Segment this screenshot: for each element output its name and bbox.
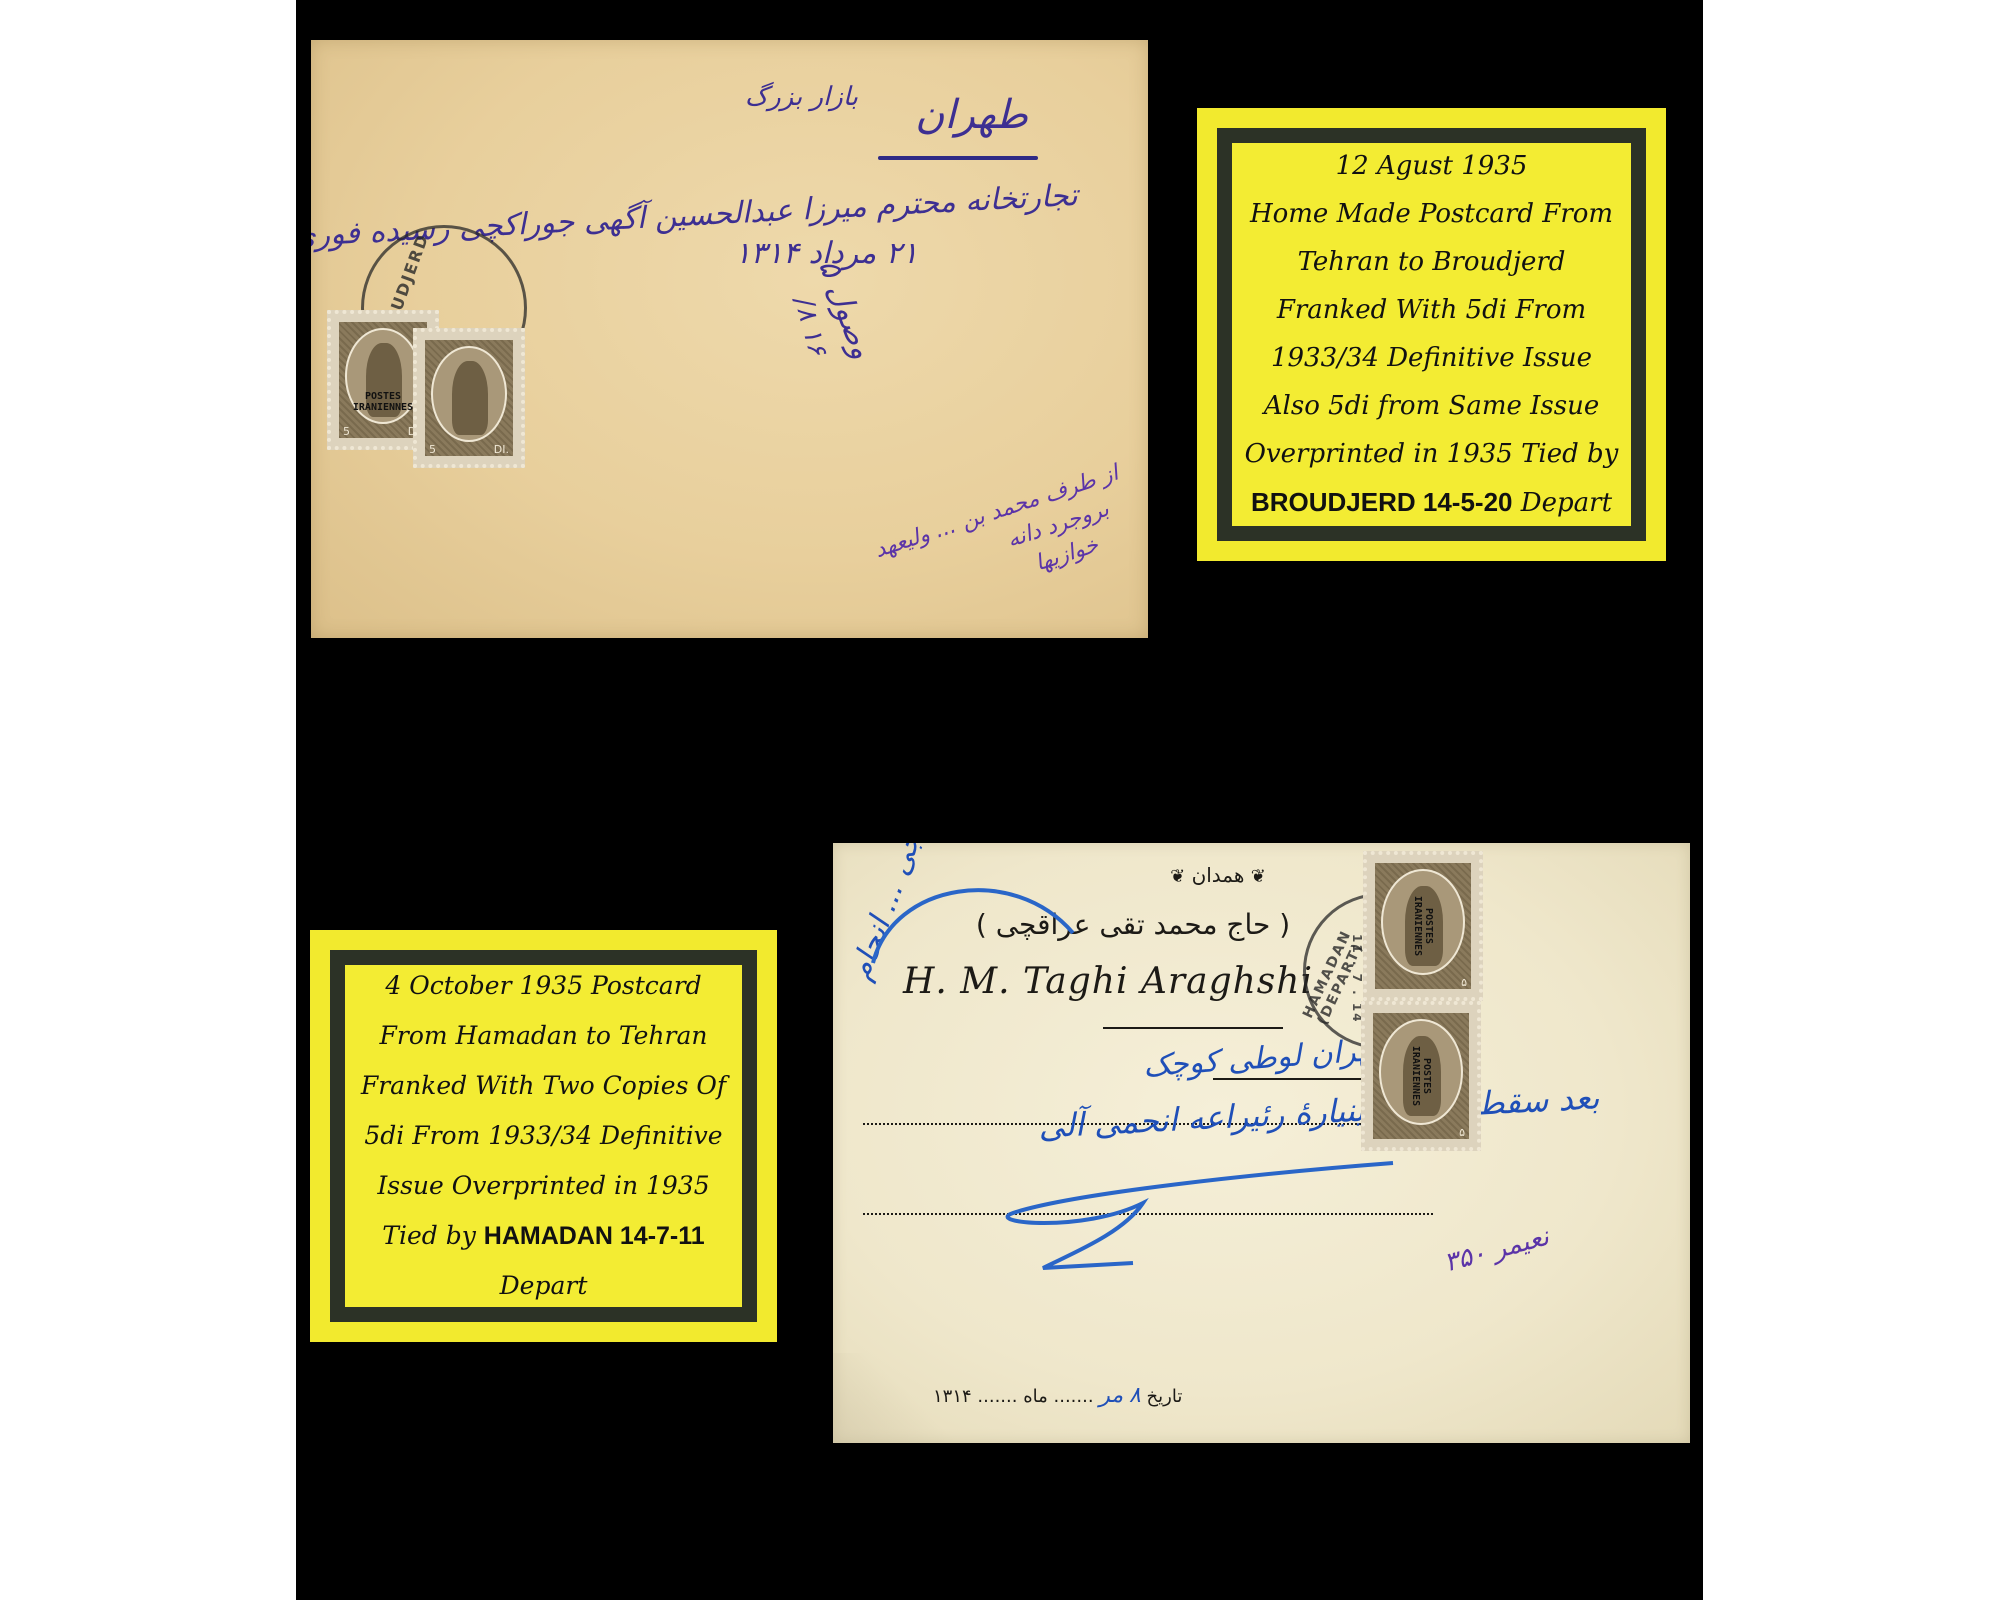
date-day: ۸ xyxy=(1129,1383,1141,1408)
destination-city: طهران xyxy=(915,92,1028,138)
city-underline xyxy=(878,156,1038,160)
label-line: Franked With Two Copies Of xyxy=(361,1061,726,1111)
date-line: تاریخ ۸ مر ....... ماه ....... ۱۳۱۴ xyxy=(933,1383,1182,1408)
stamp-plain: 5 DI. xyxy=(413,328,525,468)
depart-text: Depart xyxy=(1521,488,1612,518)
label-line-cancel: BROUDJERD 14-5-20 Depart xyxy=(1251,478,1612,527)
label-border: 4 October 1935 Postcard From Hamadan to … xyxy=(330,950,757,1322)
stamp-overprint: POSTES IRANIENNES xyxy=(1410,1020,1432,1132)
date-month: مر xyxy=(1099,1383,1123,1408)
label-line: Tehran to Broudjerd xyxy=(1298,238,1566,286)
portrait-icon xyxy=(452,361,487,435)
description-label-bottom: 4 October 1935 Postcard From Hamadan to … xyxy=(310,930,777,1342)
label-line: 12 Agust 1935 xyxy=(1336,142,1528,190)
cancel-text: HAMADAN 14-7-11 xyxy=(484,1222,705,1250)
label-line: Depart xyxy=(500,1261,588,1311)
label-line: Overprinted in 1935 Tied by xyxy=(1245,430,1619,478)
label-line: Issue Overprinted in 1935 xyxy=(377,1161,709,1211)
stamp-overprinted: POSTES IRANIENNES ۵ xyxy=(1361,1001,1481,1151)
postcard-hamadan-tehran: ❦ همدان ❦ ( حاج محمد تقی عراقچی ) H. M. … xyxy=(833,843,1690,1443)
postcard-tehran-broudjerd: طهران بازار بزرگ تجارتخانه محترم میرزا ع… xyxy=(311,40,1148,638)
label-line: 1933/34 Definitive Issue xyxy=(1271,334,1592,382)
description-label-top: 12 Agust 1935 Home Made Postcard From Te… xyxy=(1197,108,1666,561)
signature-flourish xyxy=(833,843,1690,1443)
address-line: بازار بزرگ xyxy=(745,82,858,112)
label-line: Home Made Postcard From xyxy=(1250,190,1613,238)
label-line: 4 October 1935 Postcard xyxy=(385,961,701,1011)
tied-by-text: Tied by xyxy=(382,1221,476,1250)
label-line-cancel: Tied by HAMADAN 14-7-11 xyxy=(382,1211,704,1261)
cancel-text: BROUDJERD 14-5-20 xyxy=(1251,487,1513,517)
label-line: From Hamadan to Tehran xyxy=(380,1011,708,1061)
stamp-overprinted: POSTES IRANIENNES ۵ xyxy=(1363,851,1483,1001)
label-line: Also 5di from Same Issue xyxy=(1264,382,1599,430)
stamp-overprint: POSTES IRANIENNES xyxy=(1412,870,1434,982)
date-year: ۱۳۱۴ xyxy=(933,1386,972,1407)
label-border: 12 Agust 1935 Home Made Postcard From Te… xyxy=(1217,128,1646,541)
label-line: 5di From 1933/34 Definitive xyxy=(364,1111,722,1161)
label-line: Franked With 5di From xyxy=(1277,286,1586,334)
